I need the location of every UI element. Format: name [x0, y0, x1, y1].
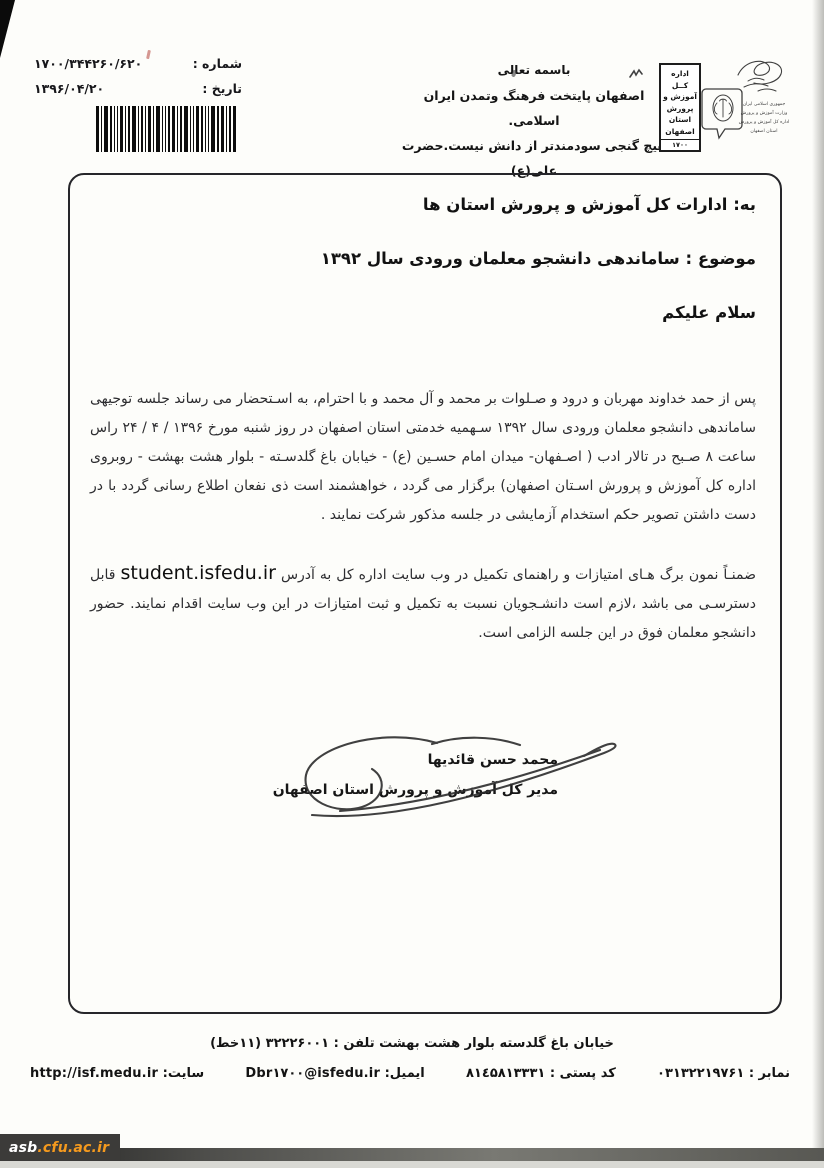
number-label: شماره : [193, 56, 242, 71]
handwritten-signature [282, 723, 632, 823]
scan-bottom-edge-shadow [0, 1148, 824, 1161]
site-label: سایت: [163, 1066, 205, 1081]
scan-bottom-margin [0, 1161, 824, 1168]
emblem-text-line: وزارت آموزش و پرورش [741, 110, 788, 116]
footer-address-line: خیابان باغ گلدسته بلوار هشت بهشت تلفن : … [0, 1036, 824, 1051]
letter-paragraph-1: پس از حمد خداوند مهربان و درود و صـلوات … [90, 385, 756, 530]
watermark-asb-cfu: asb.cfu.ac.ir [0, 1134, 120, 1161]
letter-to-line: به: ادارات کل آموزش و پرورش استان ها [90, 195, 756, 214]
emblem-text-line: جمهوری اسلامی ایران [743, 102, 786, 107]
email-label: ایمیل: [385, 1066, 425, 1081]
stamp-line: استان [661, 114, 699, 126]
site-value: http://isf.medu.ir [30, 1066, 158, 1081]
footer-postal-code: کد پستی : ۸۱٤۵۸۱۳۳۳۱ [466, 1066, 616, 1081]
emblem-text-line: استان اصفهان [750, 129, 777, 134]
date-label: تاریخ : [202, 81, 242, 96]
letter-subject-line: موضوع : ساماندهی دانشجو معلمان ورودی سال… [90, 249, 756, 268]
website-url: student.isfedu.ir [120, 562, 275, 584]
scanned-letter-page: asb.cfu.ac.ir شماره : ۱۷۰۰/۳۴۴۲۶۰/۶۲۰ تا… [0, 0, 824, 1168]
email-value: Dbr۱۷۰۰@isfedu.ir [245, 1066, 380, 1081]
watermark-prefix: asb [9, 1140, 37, 1156]
meeting-date: ۲۴ / ۴ / ۱۳۹۶ [122, 420, 203, 436]
stamp-line: اصفهان [661, 126, 699, 138]
barcode [95, 106, 237, 152]
emblem-text-line: اداره کل آموزش و پرورش [739, 119, 790, 125]
watermark-suffix: .cfu.ac.ir [37, 1140, 109, 1156]
ink-mark-icon [629, 68, 644, 79]
motto-line-1: اصفهان پایتخت فرهنگ وتمدن ایران اسلامی. [398, 83, 670, 133]
ministry-emblem-icon: جمهوری اسلامی ایران وزارت آموزش و پرورش … [700, 55, 790, 159]
date-value: ۱۳۹۶/۰۴/۲۰ [34, 81, 104, 96]
footer-contact-line: نمابر : ۰۳۱۳۲۲۱۹۷۶۱ کد پستی : ۸۱٤۵۸۱۳۳۳۱… [30, 1066, 790, 1081]
fax-value: ۰۳۱۳۲۲۱۹۷۶۱ [657, 1066, 744, 1081]
stamp-line: پرورش [661, 103, 699, 115]
postal-value: ۸۱٤۵۸۱۳۳۳۱ [466, 1066, 545, 1081]
letter-date-row: تاریخ : ۱۳۹۶/۰۴/۲۰ [34, 81, 242, 96]
paragraph2-text: ضمنـاً نمون برگ هـای امتیازات و راهنمای … [281, 567, 756, 583]
letter-paragraph-2: ضمنـاً نمون برگ هـای امتیازات و راهنمای … [90, 559, 756, 648]
letter-number-row: شماره : ۱۷۰۰/۳۴۴۲۶۰/۶۲۰ [34, 56, 242, 71]
letter-salutation: سلام علیکم [90, 303, 756, 322]
fax-label: نمابر : [749, 1066, 790, 1081]
letter-frame: به: ادارات کل آموزش و پرورش استان ها موض… [68, 173, 782, 1014]
postal-label: کد پستی : [550, 1066, 616, 1081]
stamp-line: اداره [661, 68, 699, 80]
office-stamp: اداره کــل آموزش و پرورش استان اصفهان ۱۷… [659, 63, 701, 152]
stamp-line: آموزش و [661, 91, 699, 103]
footer-fax: نمابر : ۰۳۱۳۲۲۱۹۷۶۱ [657, 1066, 790, 1081]
footer-email: ایمیل: Dbr۱۷۰۰@isfedu.ir [245, 1066, 424, 1081]
scan-right-edge-shadow [812, 0, 824, 1168]
number-value: ۱۷۰۰/۳۴۴۲۶۰/۶۲۰ [34, 56, 142, 71]
stamp-line: کــل [661, 80, 699, 92]
stamp-code: ۱۷۰۰ [661, 139, 699, 150]
scan-corner-artifact [0, 0, 15, 58]
footer-website: سایت: http://isf.medu.ir [30, 1066, 204, 1081]
letter-number-date-block: شماره : ۱۷۰۰/۳۴۴۲۶۰/۶۲۰ تاریخ : ۱۳۹۶/۰۴/… [34, 56, 242, 106]
